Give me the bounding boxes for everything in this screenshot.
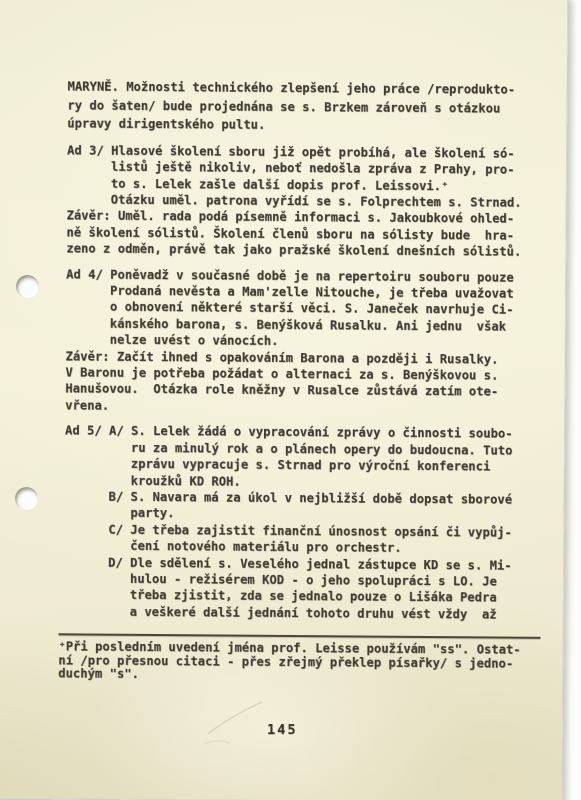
text-line: úpravy dirigentského pultu. xyxy=(67,115,537,137)
text-line: Hanušovou. Otázka role kněžny v Rusalce … xyxy=(65,381,535,401)
page-number: 145 xyxy=(267,722,298,738)
paragraph-maryne: MARYNĚ. Možnosti technického zlepšení je… xyxy=(67,77,537,136)
text-line: zeno z odměn, právě tak jako pražské ško… xyxy=(66,241,536,261)
text-line: vřena. xyxy=(65,397,535,417)
scanned-page: MARYNĚ. Možnosti technického zlepšení je… xyxy=(0,0,568,800)
scan-background: MARYNĚ. Možnosti technického zlepšení je… xyxy=(0,0,581,800)
section-ad-5: Ad 5/ A/ S. Lelek žádá o vypracování zpr… xyxy=(64,423,535,623)
typewritten-text: MARYNĚ. Možnosti technického zlepšení je… xyxy=(63,77,537,684)
section-ad-3: Ad 3/ Hlasové školení sboru již opět pro… xyxy=(66,142,537,260)
punch-hole-top xyxy=(16,275,39,298)
pencil-smudge-mark xyxy=(200,700,270,760)
punch-hole-bottom xyxy=(15,487,38,510)
footnote-separator-line xyxy=(58,633,540,639)
text-line: a veškeré další jednání tohoto druhu vés… xyxy=(64,603,534,623)
section-ad-4: Ad 4/ Poněvadž v současné době je na rep… xyxy=(65,266,536,417)
footnote: ⁺Při posledním uvedení jména prof. Leiss… xyxy=(58,640,533,684)
